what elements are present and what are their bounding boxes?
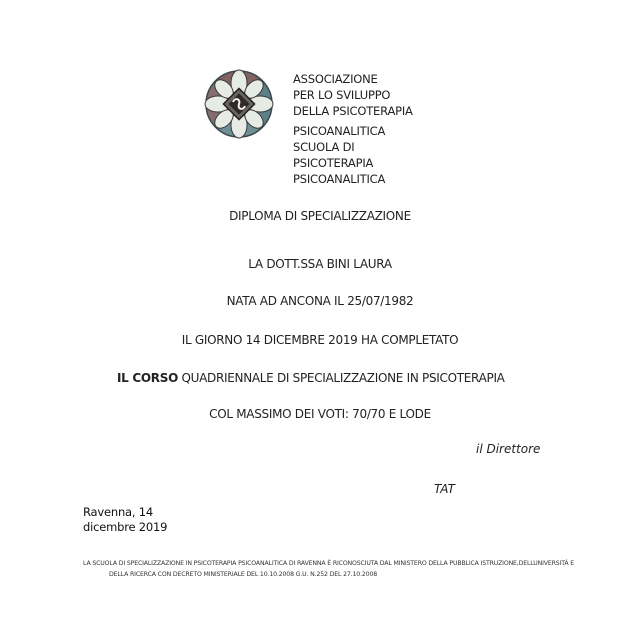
diploma-title: DIPLOMA DI SPECIALIZZAZIONE xyxy=(0,209,640,223)
course-prefix: IL CORSO xyxy=(117,371,178,385)
course-text: QUADRIENNALE DI SPECIALIZZAZIONE IN PSIC… xyxy=(178,371,505,385)
header-line: ASSOCIAZIONE xyxy=(293,71,413,87)
footnote-line: LA SCUOLA DI SPECIALIZZAZIONE IN PSICOTE… xyxy=(83,558,574,569)
header-line: PSICOANALITICA xyxy=(293,171,413,187)
director-label: il Direttore xyxy=(476,442,540,456)
director-signature: TAT xyxy=(434,482,455,496)
header-line: SCUOLA DI xyxy=(293,139,413,155)
recipient-name: LA DOTT.SSA BINI LAURA xyxy=(0,257,640,271)
association-header: ASSOCIAZIONE PER LO SVILUPPO DELLA PSICO… xyxy=(293,71,413,187)
completion-date: IL GIORNO 14 DICEMBRE 2019 HA COMPLETATO xyxy=(0,333,640,347)
header-line: PER LO SVILUPPO xyxy=(293,87,413,103)
final-grade: COL MASSIMO DEI VOTI: 70/70 E LODE xyxy=(0,407,640,421)
accreditation-footnote: LA SCUOLA DI SPECIALIZZAZIONE IN PSICOTE… xyxy=(83,558,574,580)
course-description: IL CORSO QUADRIENNALE DI SPECIALIZZAZION… xyxy=(117,371,505,385)
header-line: PSICOTERAPIA xyxy=(293,155,413,171)
birth-info: NATA AD ANCONA IL 25/07/1982 xyxy=(0,294,640,308)
association-emblem-icon xyxy=(204,69,274,139)
footnote-line: DELLA RICERCA CON DECRETO MINISTERIALE D… xyxy=(83,569,574,580)
header-line: PSICOANALITICA xyxy=(293,123,413,139)
header-line: DELLA PSICOTERAPIA xyxy=(293,103,413,119)
place-date: Ravenna, 14 dicembre 2019 xyxy=(83,505,203,535)
